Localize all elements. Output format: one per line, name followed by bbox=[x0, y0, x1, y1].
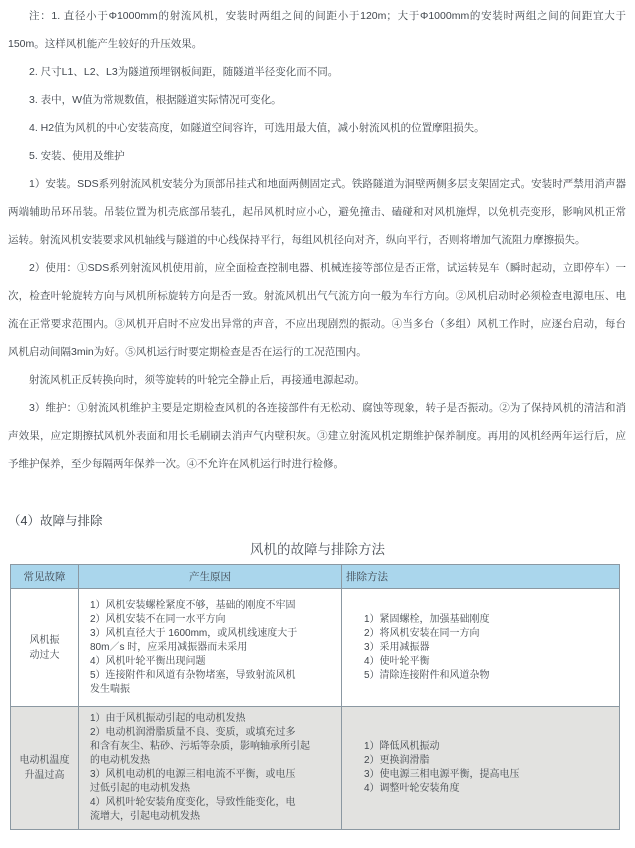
fault-table: 常见故障 产生原因 排除方法 风机振 动过大 1）风机安装螺栓紧度不够，基础的刚… bbox=[10, 564, 620, 830]
note-paragraph-4: 4. H2值为风机的中心安装高度，如隧道空间容许，可选用最大值，减小射流风机的位… bbox=[8, 114, 626, 142]
usage-paragraph: 2）使用：①SDS系列射流风机使用前，应全面检查控制电器、机械连接等部位是否正常… bbox=[8, 254, 626, 366]
fault-table-header: 常见故障 产生原因 排除方法 bbox=[11, 565, 620, 589]
remedies-motor-temp: 1）降低风机振动 2）更换润滑脂 3）使电源三相电源平衡，提高电压 4）调整叶轮… bbox=[342, 707, 620, 830]
remedies-vibration: 1）紧固螺栓，加强基础刚度 2）将风机安装在同一方向 3）采用减振器 4）使叶轮… bbox=[342, 589, 620, 707]
causes-motor-temp: 1）由于风机振动引起的电动机发热 2）电动机润滑脂质量不良、变质，或填充过多 和… bbox=[79, 707, 342, 830]
install-paragraph: 1）安装。SDS系列射流风机安装分为顶部吊挂式和地面两侧固定式。铁路隧道为洞壁两… bbox=[8, 170, 626, 254]
table-row: 电动机温度 升温过高 1）由于风机振动引起的电动机发热 2）电动机润滑脂质量不良… bbox=[11, 707, 620, 830]
note-paragraph-1: 注：1. 直径小于Φ1000mm的射流风机，安装时两组之间的间距小于120m；大… bbox=[8, 2, 626, 58]
maintenance-paragraph: 3）维护：①射流风机维护主要是定期检查风机的各连接部件有无松动、腐蚀等现象，转子… bbox=[8, 394, 626, 478]
note-paragraph-3: 3. 表中，W值为常规数值，根据隧道实际情况可变化。 bbox=[8, 86, 626, 114]
column-header-cause: 产生原因 bbox=[79, 565, 342, 589]
document-page: 注：1. 直径小于Φ1000mm的射流风机，安装时两组之间的间距小于120m；大… bbox=[0, 0, 635, 830]
reverse-rotation-paragraph: 射流风机正反转换向时，须等旋转的叶轮完全静止后，再接通电源起动。 bbox=[8, 366, 626, 394]
table-row: 风机振 动过大 1）风机安装螺栓紧度不够，基础的刚度不牢固 2）风机安装不在同一… bbox=[11, 589, 620, 707]
fault-name-vibration: 风机振 动过大 bbox=[11, 589, 79, 707]
column-header-remedy: 排除方法 bbox=[342, 565, 620, 589]
header-row: 常见故障 产生原因 排除方法 bbox=[11, 565, 620, 589]
section-heading: （4）故障与排除 bbox=[8, 511, 635, 529]
notes-section: 注：1. 直径小于Φ1000mm的射流风机，安装时两组之间的间距小于120m；大… bbox=[0, 0, 635, 478]
note-paragraph-5: 5. 安装、使用及维护 bbox=[8, 142, 626, 170]
fault-name-motor-temp: 电动机温度 升温过高 bbox=[11, 707, 79, 830]
causes-vibration: 1）风机安装螺栓紧度不够，基础的刚度不牢固 2）风机安装不在同一水平方向 3）风… bbox=[79, 589, 342, 707]
table-title: 风机的故障与排除方法 bbox=[0, 538, 635, 558]
note-paragraph-2: 2. 尺寸L1、L2、L3为隧道预埋钢板间距，随隧道半径变化而不同。 bbox=[8, 58, 626, 86]
column-header-fault: 常见故障 bbox=[11, 565, 79, 589]
